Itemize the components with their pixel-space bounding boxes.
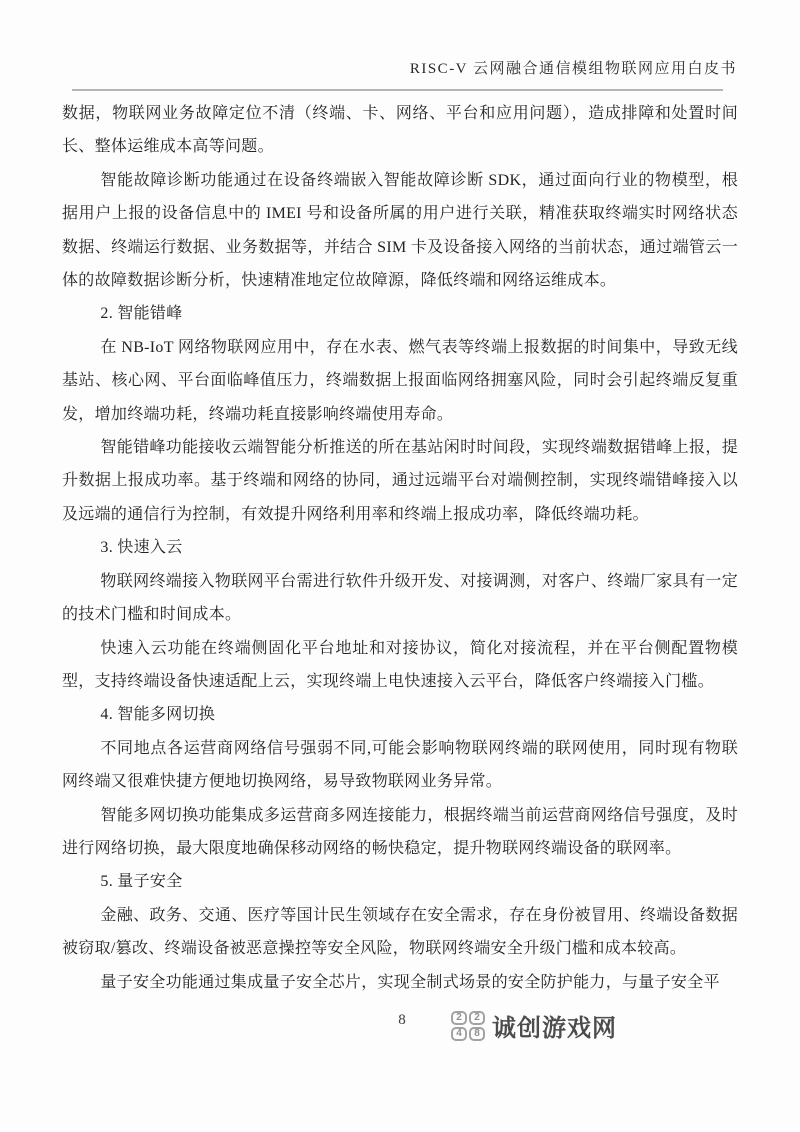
paragraph: 快速入云功能在终端侧固化平台地址和对接协议，简化对接流程，并在平台侧配置物模型，… — [62, 632, 738, 699]
paragraph: 在 NB-IoT 网络物联网应用中，存在水表、燃气表等终端上报数据的时间集中，导… — [62, 331, 738, 431]
page-number: 8 — [398, 1012, 406, 1029]
section-heading: 2. 智能错峰 — [62, 297, 738, 330]
document-body: 数据，物联网业务故障定位不清（终端、卡、网络、平台和应用问题），造成排障和处置时… — [62, 97, 738, 999]
watermark: 2 2 4 8 诚创游戏网 — [451, 1008, 617, 1043]
paragraph: 智能故障诊断功能通过在设备终端嵌入智能故障诊断 SDK，通过面向行业的物模型，根… — [62, 164, 738, 298]
paragraph: 金融、政务、交通、医疗等国计民生领域存在安全需求，存在身份被冒用、终端设备数据被… — [62, 899, 738, 966]
watermark-logo-digit: 2 — [451, 1011, 467, 1025]
paragraph: 智能多网切换功能集成多运营商多网连接能力，根据终端当前运营商网络信号强度，及时进… — [62, 799, 738, 866]
section-heading: 4. 智能多网切换 — [62, 698, 738, 731]
header-rule — [72, 89, 723, 91]
document-page: RISC-V 云网融合通信模组物联网应用白皮书 数据，物联网业务故障定位不清（终… — [0, 0, 800, 1132]
paragraph: 智能错峰功能接收云端智能分析推送的所在基站闲时时间段，实现终端数据错峰上报，提升… — [62, 431, 738, 531]
paragraph: 不同地点各运营商网络信号强弱不同,可能会影响物联网终端的联网使用，同时现有物联网… — [62, 732, 738, 799]
page-footer: 8 2 2 4 8 诚创游戏网 — [0, 1006, 800, 1050]
paragraph: 量子安全功能通过集成量子安全芯片，实现全制式场景的安全防护能力，与量子安全平 — [62, 966, 738, 999]
paragraph: 数据，物联网业务故障定位不清（终端、卡、网络、平台和应用问题），造成排障和处置时… — [62, 97, 738, 164]
watermark-logo-digit: 8 — [469, 1027, 485, 1041]
paragraph: 物联网终端接入物联网平台需进行软件升级开发、对接调测，对客户、终端厂家具有一定的… — [62, 565, 738, 632]
watermark-logo-digit: 2 — [469, 1011, 485, 1025]
watermark-2248-logo-icon: 2 2 4 8 — [451, 1011, 485, 1041]
running-header-title: RISC-V 云网融合通信模组物联网应用白皮书 — [70, 57, 737, 78]
section-heading: 5. 量子安全 — [62, 865, 738, 898]
watermark-logo-digit: 4 — [451, 1027, 467, 1041]
watermark-site-name: 诚创游戏网 — [492, 1008, 617, 1043]
section-heading: 3. 快速入云 — [62, 531, 738, 564]
